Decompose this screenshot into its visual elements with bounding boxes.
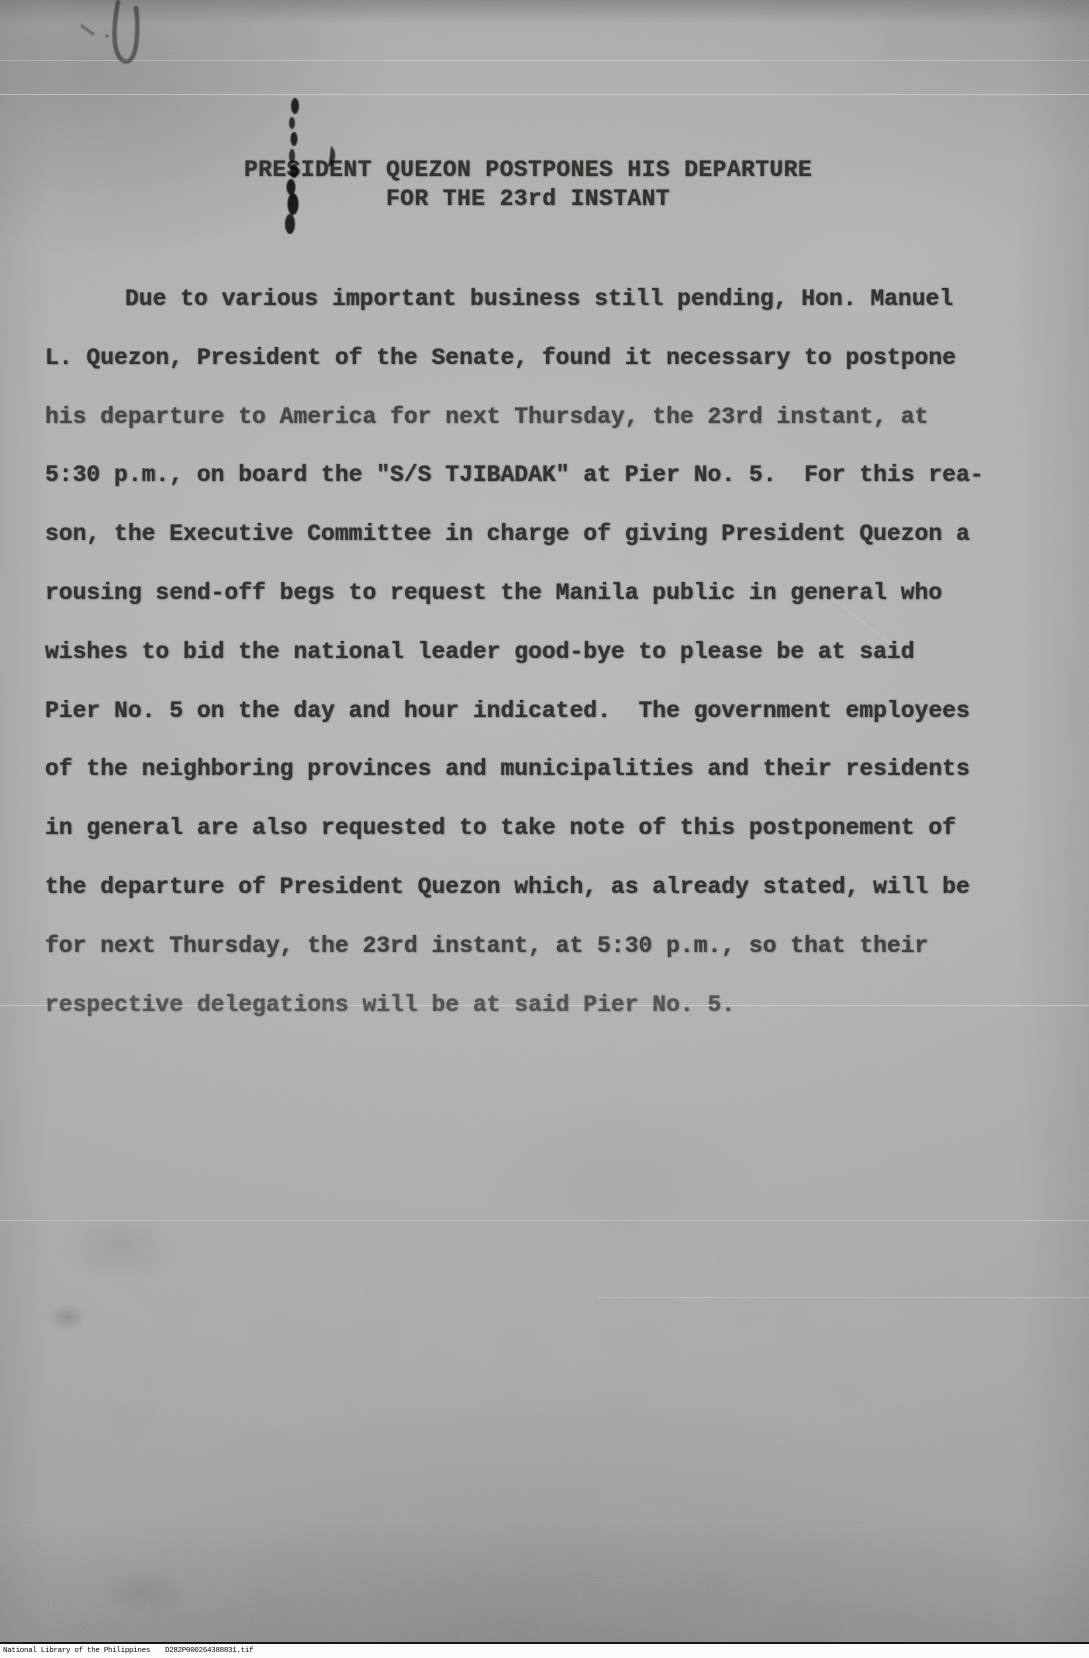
pen-mark-u — [82, 2, 137, 62]
ink-marks — [0, 0, 1089, 1658]
ink-streak — [285, 98, 335, 234]
footer-bar: National Library of the Philippines D282… — [0, 1642, 1089, 1658]
library-name-label: National Library of the Philippines — [3, 1647, 150, 1655]
scan-filename-label: D282P000264388831.tif — [165, 1647, 253, 1655]
ink-comma — [328, 146, 336, 167]
scanned-document-page: PRESIDENT QUEZON POSTPONES HIS DEPARTURE… — [0, 0, 1089, 1658]
